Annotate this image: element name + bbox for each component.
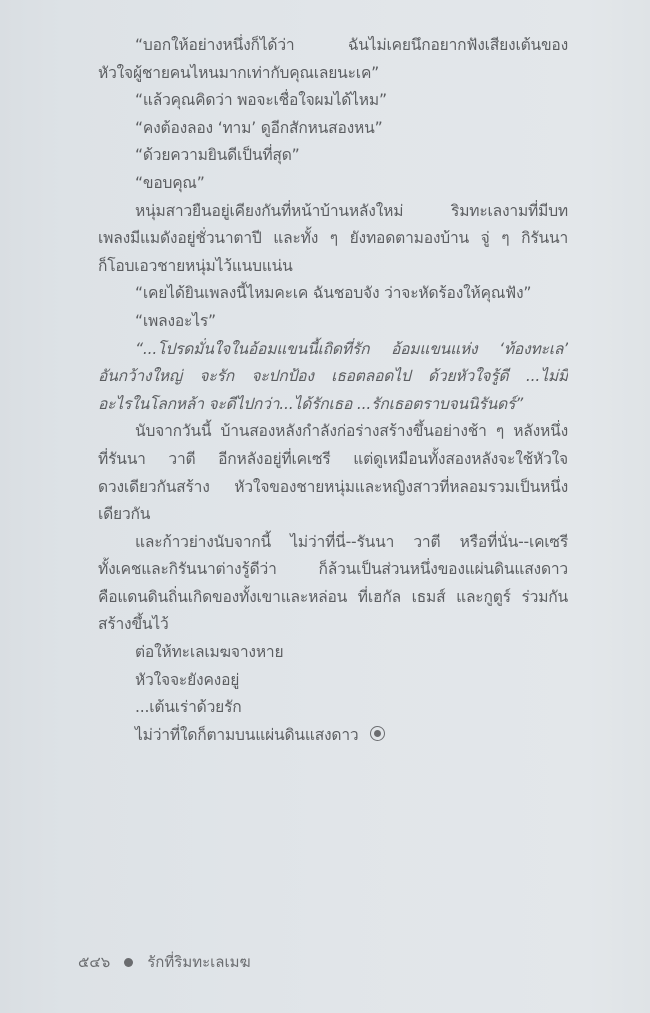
line-text: “เคยได้ยินเพลงนี้ไหมคะเค ฉันชอบจัง ว่าจะ… [135, 284, 531, 302]
line-text: “...โปรดมั่นใจในอ้อมแขนนี้เถิดที่รัก อ้อ… [135, 340, 568, 358]
text-line: เพลงมีแมดังอยู่ชั่วนาตาปี และทั้ง ๆ ยังท… [98, 225, 568, 253]
book-page-body: “บอกให้อย่างหนึ่งก็ได้ว่า ฉันไม่เคยนึกอย… [98, 32, 568, 749]
text-line: สร้างขึ้นไว้ [98, 611, 568, 639]
text-line: “แล้วคุณคิดว่า พอจะเชื่อใจผมได้ไหม” [98, 87, 568, 115]
line-text: “เพลงอะไร” [135, 312, 216, 330]
text-line: อะไรในโลกหล้า จะดีไปกว่า...ได้รักเธอ ...… [98, 391, 568, 419]
line-text: ต่อให้ทะเลเมฆจางหาย [135, 643, 283, 661]
text-line: ที่รันนา วาตี อีกหลังอยู่ที่เคเซรี แต่ดู… [98, 446, 568, 474]
line-text: หัวใจผู้ชายคนไหนมากเท่ากับคุณเลยนะเค” [98, 64, 379, 82]
page-number: ๕๔๖ [78, 950, 110, 974]
line-text: “บอกให้อย่างหนึ่งก็ได้ว่า ฉันไม่เคยนึกอย… [135, 36, 568, 54]
text-line: “ขอบคุณ” [98, 170, 568, 198]
text-line: ...เต้นเร่าด้วยรัก [98, 694, 568, 722]
line-text: ไม่ว่าที่ใดก็ตามบนแผ่นดินแสงดาว [135, 726, 358, 744]
line-text: ที่รันนา วาตี อีกหลังอยู่ที่เคเซรี แต่ดู… [98, 450, 568, 468]
text-line: ก็โอบเอวชายหนุ่มไว้แนบแน่น [98, 253, 568, 281]
line-text: อันกว้างใหญ่ จะรัก จะปกป้อง เธอตลอดไป ด้… [98, 367, 568, 385]
line-text: หัวใจจะยังคงอยู่ [135, 671, 239, 689]
text-line: “ด้วยความยินดีเป็นที่สุด” [98, 142, 568, 170]
line-text: “ด้วยความยินดีเป็นที่สุด” [135, 146, 300, 164]
text-line: และก้าวย่างนับจากนี้ ไม่ว่าที่นี่--รันนา… [98, 529, 568, 557]
line-text: หนุ่มสาวยืนอยู่เคียงกันที่หน้าบ้านหลังให… [135, 202, 568, 220]
text-line: อันกว้างใหญ่ จะรัก จะปกป้อง เธอตลอดไป ด้… [98, 363, 568, 391]
text-line: หัวใจจะยังคงอยู่ [98, 667, 568, 695]
bullet-separator-icon [124, 958, 133, 967]
line-text: ทั้งเคชและกิรันนาต่างรู้ดีว่า ก็ล้วนเป็น… [98, 560, 568, 578]
text-line: “เพลงอะไร” [98, 308, 568, 336]
line-text: ...เต้นเร่าด้วยรัก [135, 698, 242, 716]
text-line: “เคยได้ยินเพลงนี้ไหมคะเค ฉันชอบจัง ว่าจะ… [98, 280, 568, 308]
line-text: คือแดนดินถิ่นเกิดของทั้งเขาและหล่อน ที่เ… [98, 588, 568, 606]
text-line: “คงต้องลอง ‘ทาม’ ดูอีกสักหนสองหน” [98, 115, 568, 143]
text-line: เดียวกัน [98, 501, 568, 529]
page-footer: ๕๔๖ รักที่ริมทะเลเมฆ [78, 950, 251, 974]
text-line: ทั้งเคชและกิรันนาต่างรู้ดีว่า ก็ล้วนเป็น… [98, 556, 568, 584]
line-text: ดวงเดียวกันสร้าง หัวใจของชายหนุ่มและหญิง… [98, 478, 568, 496]
running-title: รักที่ริมทะเลเมฆ [147, 950, 250, 974]
line-text: “แล้วคุณคิดว่า พอจะเชื่อใจผมได้ไหม” [135, 91, 387, 109]
line-text: นับจากวันนี้ บ้านสองหลังกำลังก่อร่างสร้า… [135, 422, 568, 440]
line-text: อะไรในโลกหล้า จะดีไปกว่า...ได้รักเธอ ...… [98, 395, 523, 413]
text-line: ไม่ว่าที่ใดก็ตามบนแผ่นดินแสงดาว [98, 722, 568, 750]
line-text: และก้าวย่างนับจากนี้ ไม่ว่าที่นี่--รันนา… [135, 533, 568, 551]
text-line: หนุ่มสาวยืนอยู่เคียงกันที่หน้าบ้านหลังให… [98, 198, 568, 226]
line-text: “คงต้องลอง ‘ทาม’ ดูอีกสักหนสองหน” [135, 119, 382, 137]
text-line: นับจากวันนี้ บ้านสองหลังกำลังก่อร่างสร้า… [98, 418, 568, 446]
text-line: ดวงเดียวกันสร้าง หัวใจของชายหนุ่มและหญิง… [98, 474, 568, 502]
text-line: ต่อให้ทะเลเมฆจางหาย [98, 639, 568, 667]
line-text: เดียวกัน [98, 505, 150, 523]
text-line: “...โปรดมั่นใจในอ้อมแขนนี้เถิดที่รัก อ้อ… [98, 336, 568, 364]
text-line: “บอกให้อย่างหนึ่งก็ได้ว่า ฉันไม่เคยนึกอย… [98, 32, 568, 60]
line-text: สร้างขึ้นไว้ [98, 615, 169, 633]
text-line: คือแดนดินถิ่นเกิดของทั้งเขาและหล่อน ที่เ… [98, 584, 568, 612]
chapter-end-icon [370, 726, 385, 741]
line-text: “ขอบคุณ” [135, 174, 205, 192]
line-text: เพลงมีแมดังอยู่ชั่วนาตาปี และทั้ง ๆ ยังท… [98, 229, 568, 247]
text-line: หัวใจผู้ชายคนไหนมากเท่ากับคุณเลยนะเค” [98, 60, 568, 88]
line-text: ก็โอบเอวชายหนุ่มไว้แนบแน่น [98, 257, 293, 275]
